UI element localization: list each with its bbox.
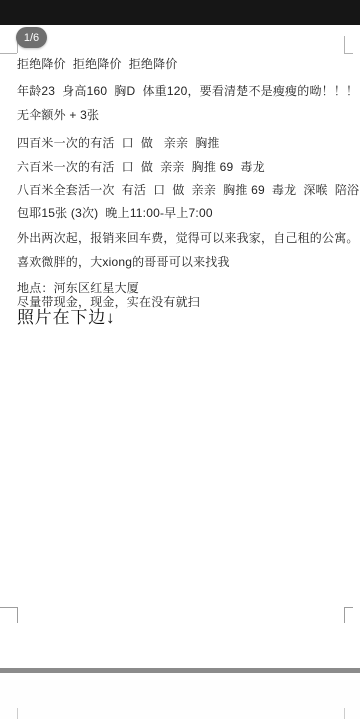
document-page[interactable]: 1/6 拒绝降价 拒绝降价 拒绝降价 年龄23 身高160 胸D 体重120，要… <box>0 25 360 668</box>
doc-line-stats: 年龄23 身高160 胸D 体重120，要看清楚不是瘦瘦的呦！！！ <box>17 85 358 98</box>
doc-line-price-800: 八百米全套活一次 有活 口 做 亲亲 胸推 69 毒龙 深喉 陪浴 <box>17 184 359 197</box>
doc-line-price-600: 六百米一次的有活 口 做 亲亲 胸推 69 毒龙 <box>17 161 265 174</box>
crop-mark-bottom-left-vertical <box>17 607 18 623</box>
doc-line-photos-below: 照片在下边↓ <box>17 309 115 327</box>
crop-mark-top-right-vertical <box>344 36 345 53</box>
crop-mark-top-left-horizontal <box>0 53 17 54</box>
doc-line-location: 地点：河东区红星大厦 <box>17 282 139 295</box>
crop-mark-next-page-left <box>17 708 18 719</box>
crop-mark-bottom-right-vertical <box>344 607 345 623</box>
next-page-preview[interactable] <box>0 673 360 719</box>
crop-mark-next-page-right <box>344 708 345 719</box>
doc-line-price-400: 四百米一次的有活 口 做 亲亲 胸推 <box>17 137 220 150</box>
crop-mark-bottom-right-horizontal <box>344 607 353 608</box>
doc-line-refuse-discount: 拒绝降价 拒绝降价 拒绝降价 <box>17 58 178 71</box>
doc-line-preference: 喜欢微胖的，大xiong的哥哥可以来找我 <box>17 256 230 269</box>
crop-mark-bottom-left-horizontal <box>0 607 17 608</box>
doc-line-outcall: 外出两次起，报销来回车费，觉得可以来我家，自己租的公寓。 <box>17 232 359 245</box>
doc-line-extra: 无伞额外 + 3张 <box>17 109 99 122</box>
viewer-screen: 1/6 拒绝降价 拒绝降价 拒绝降价 年龄23 身高160 胸D 体重120，要… <box>0 0 360 719</box>
doc-line-overnight: 包耶15张 (3次) 晚上11:00-早上7:00 <box>17 207 213 220</box>
crop-mark-top-right-horizontal <box>344 53 353 54</box>
page-indicator-badge: 1/6 <box>16 27 47 48</box>
status-bar <box>0 0 360 25</box>
